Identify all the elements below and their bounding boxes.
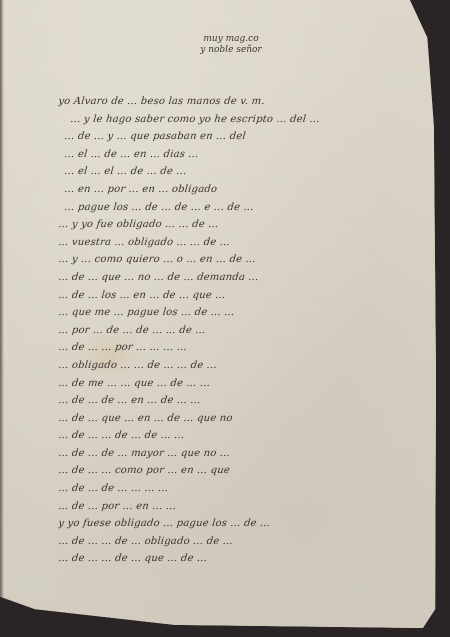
- text-line: ... y ... como quiero ... o ... en ... d…: [57, 254, 419, 272]
- text-line: ... y yo fue obligado ... ... de ...: [57, 219, 419, 237]
- text-line: ... que me ... pague los ... de ... ...: [57, 307, 419, 325]
- text-line: ... de ... que ... no ... de ... demanda…: [57, 272, 419, 290]
- text-line: ... de ... ... de ... que ... de ...: [57, 553, 419, 571]
- text-line: ... de ... ... de ... obligado ... de ..…: [57, 536, 419, 554]
- text-line: ... en ... por ... en ... obligado: [57, 184, 419, 202]
- letter-heading: muy mag.co y noble señor: [186, 34, 276, 56]
- page-edge-shadow: [0, 0, 4, 628]
- manuscript-page: muy mag.co y noble señor yo Alvaro de ..…: [0, 0, 436, 628]
- text-line: ... de ... ... por ... ... ... ...: [57, 342, 419, 360]
- text-line: ... de ... que ... en ... de ... que no: [57, 413, 419, 431]
- text-line: ... pague los ... de ... de ... e ... de…: [57, 202, 419, 220]
- text-line: ... de ... ... como por ... en ... que: [57, 465, 419, 483]
- text-line: yo Alvaro de ... beso las manos de v. m.: [57, 96, 419, 114]
- text-line: ... y le hago saber como yo he escripto …: [57, 114, 419, 132]
- text-line: ... de ... de ... ... ... ...: [57, 483, 419, 501]
- text-line: ... el ... el ... de ... de ...: [57, 166, 419, 184]
- text-line: ... de ... ... de ... de ... ...: [57, 430, 419, 448]
- text-line: ... por ... de ... de ... ... de ...: [57, 325, 419, 343]
- heading-line-1: muy mag.co: [186, 34, 276, 45]
- letter-body: yo Alvaro de ... beso las manos de v. m.…: [58, 96, 418, 571]
- text-line: ... de ... de ... mayor ... que no ...: [57, 448, 419, 466]
- text-line: ... de me ... ... que ... de ... ...: [57, 378, 419, 396]
- text-line: ... el ... de ... en ... dias ...: [57, 149, 419, 167]
- text-line: y yo fuese obligado ... pague los ... de…: [57, 518, 419, 536]
- text-line: ... de ... de ... en ... de ... ...: [57, 395, 419, 413]
- text-line: ... de ... los ... en ... de ... que ...: [57, 290, 419, 308]
- text-line: ... de ... y ... que pasaban en ... del: [57, 131, 419, 149]
- text-line: ... de ... por ... en ... ...: [57, 501, 419, 519]
- text-line: ... vuestra ... obligado ... ... de ...: [57, 237, 419, 255]
- heading-line-2: y noble señor: [186, 45, 276, 56]
- text-line: ... obligado ... ... de ... ... de ...: [57, 360, 419, 378]
